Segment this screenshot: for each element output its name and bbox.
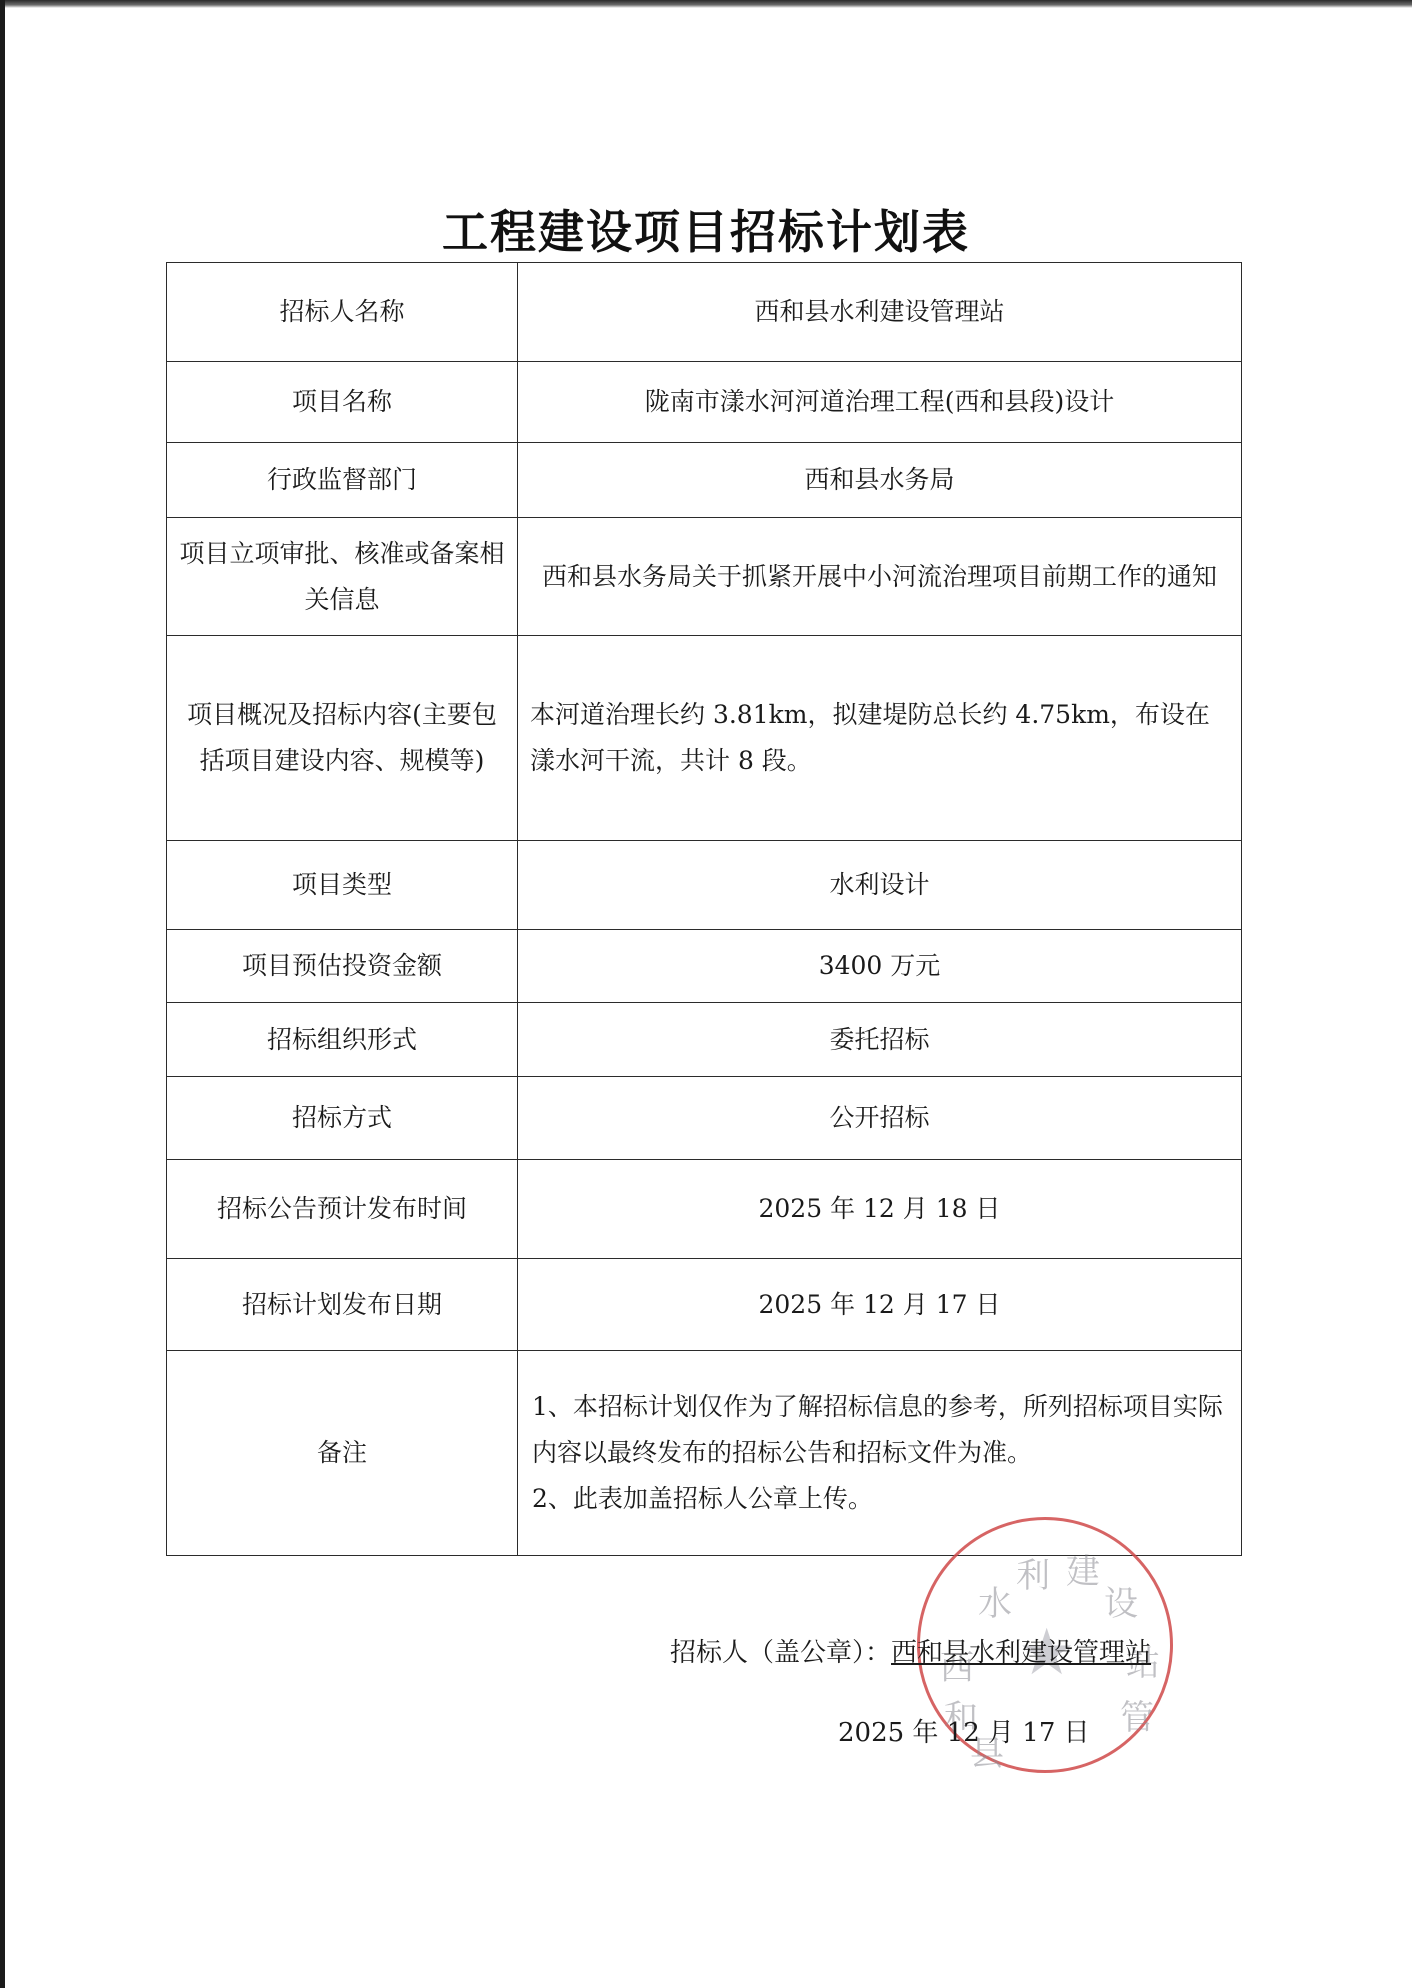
table-row: 行政监督部门 西和县水务局 (167, 443, 1242, 518)
row-label: 招标人名称 (167, 263, 518, 362)
note-item: 2、此表加盖招标人公章上传。 (532, 1476, 1229, 1522)
row-label: 项目预估投资金额 (167, 930, 518, 1003)
table-row: 招标组织形式 委托招标 (167, 1003, 1242, 1077)
signature-org: 西和县水利建设管理站 (891, 1638, 1151, 1668)
row-label: 招标公告预计发布时间 (167, 1160, 518, 1259)
table-row: 招标方式 公开招标 (167, 1077, 1242, 1160)
row-value: 3400 万元 (518, 930, 1242, 1003)
row-label: 招标组织形式 (167, 1003, 518, 1077)
seal-char: 水 (978, 1576, 1012, 1625)
seal-char: 设 (1104, 1576, 1138, 1625)
tender-plan-table: 招标人名称 西和县水利建设管理站 项目名称 陇南市漾水河河道治理工程(西和县段)… (166, 262, 1242, 1556)
note-item: 1、本招标计划仅作为了解招标信息的参考，所列招标项目实际内容以最终发布的招标公告… (532, 1384, 1229, 1476)
signature-line: 招标人（盖公章）：西和县水利建设管理站 (670, 1632, 1151, 1669)
page-title: 工程建设项目招标计划表 (0, 196, 1412, 262)
table-row: 项目名称 陇南市漾水河河道治理工程(西和县段)设计 (167, 362, 1242, 443)
scan-edge-top (0, 0, 1412, 8)
row-value: 西和县水利建设管理站 (518, 263, 1242, 362)
row-label: 招标计划发布日期 (167, 1259, 518, 1351)
table-row: 招标计划发布日期 2025 年 12 月 17 日 (167, 1259, 1242, 1351)
signature-date: 2025 年 12 月 17 日 (838, 1712, 1090, 1749)
table-row: 招标公告预计发布时间 2025 年 12 月 18 日 (167, 1160, 1242, 1259)
row-value: 水利设计 (518, 841, 1242, 930)
table-row: 项目预估投资金额 3400 万元 (167, 930, 1242, 1003)
seal-char: 利 (1016, 1548, 1050, 1597)
row-label: 备注 (167, 1351, 518, 1556)
row-value: 西和县水务局关于抓紧开展中小河流治理项目前期工作的通知 (518, 518, 1242, 636)
row-value: 本河道治理长约 3.81km，拟建堤防总长约 4.75km，布设在漾水河干流，共… (518, 636, 1242, 841)
row-value: 陇南市漾水河河道治理工程(西和县段)设计 (518, 362, 1242, 443)
row-label: 项目立项审批、核准或备案相关信息 (167, 518, 518, 636)
seal-char: 建 (1066, 1544, 1100, 1593)
table-row: 项目概况及招标内容(主要包括项目建设内容、规模等) 本河道治理长约 3.81km… (167, 636, 1242, 841)
row-label: 招标方式 (167, 1077, 518, 1160)
row-value: 委托招标 (518, 1003, 1242, 1077)
table-row: 项目类型 水利设计 (167, 841, 1242, 930)
signature-label: 招标人（盖公章）： (670, 1638, 891, 1668)
row-value: 2025 年 12 月 18 日 (518, 1160, 1242, 1259)
scan-edge-left (0, 0, 5, 1988)
table-row: 项目立项审批、核准或备案相关信息 西和县水务局关于抓紧开展中小河流治理项目前期工… (167, 518, 1242, 636)
row-label: 行政监督部门 (167, 443, 518, 518)
table-row: 招标人名称 西和县水利建设管理站 (167, 263, 1242, 362)
seal-char: 管 (1120, 1690, 1154, 1739)
row-label: 项目概况及招标内容(主要包括项目建设内容、规模等) (167, 636, 518, 841)
row-value: 公开招标 (518, 1077, 1242, 1160)
notes-cell: 1、本招标计划仅作为了解招标信息的参考，所列招标项目实际内容以最终发布的招标公告… (518, 1351, 1242, 1556)
row-label: 项目名称 (167, 362, 518, 443)
row-label: 项目类型 (167, 841, 518, 930)
row-value: 2025 年 12 月 17 日 (518, 1259, 1242, 1351)
row-value: 西和县水务局 (518, 443, 1242, 518)
